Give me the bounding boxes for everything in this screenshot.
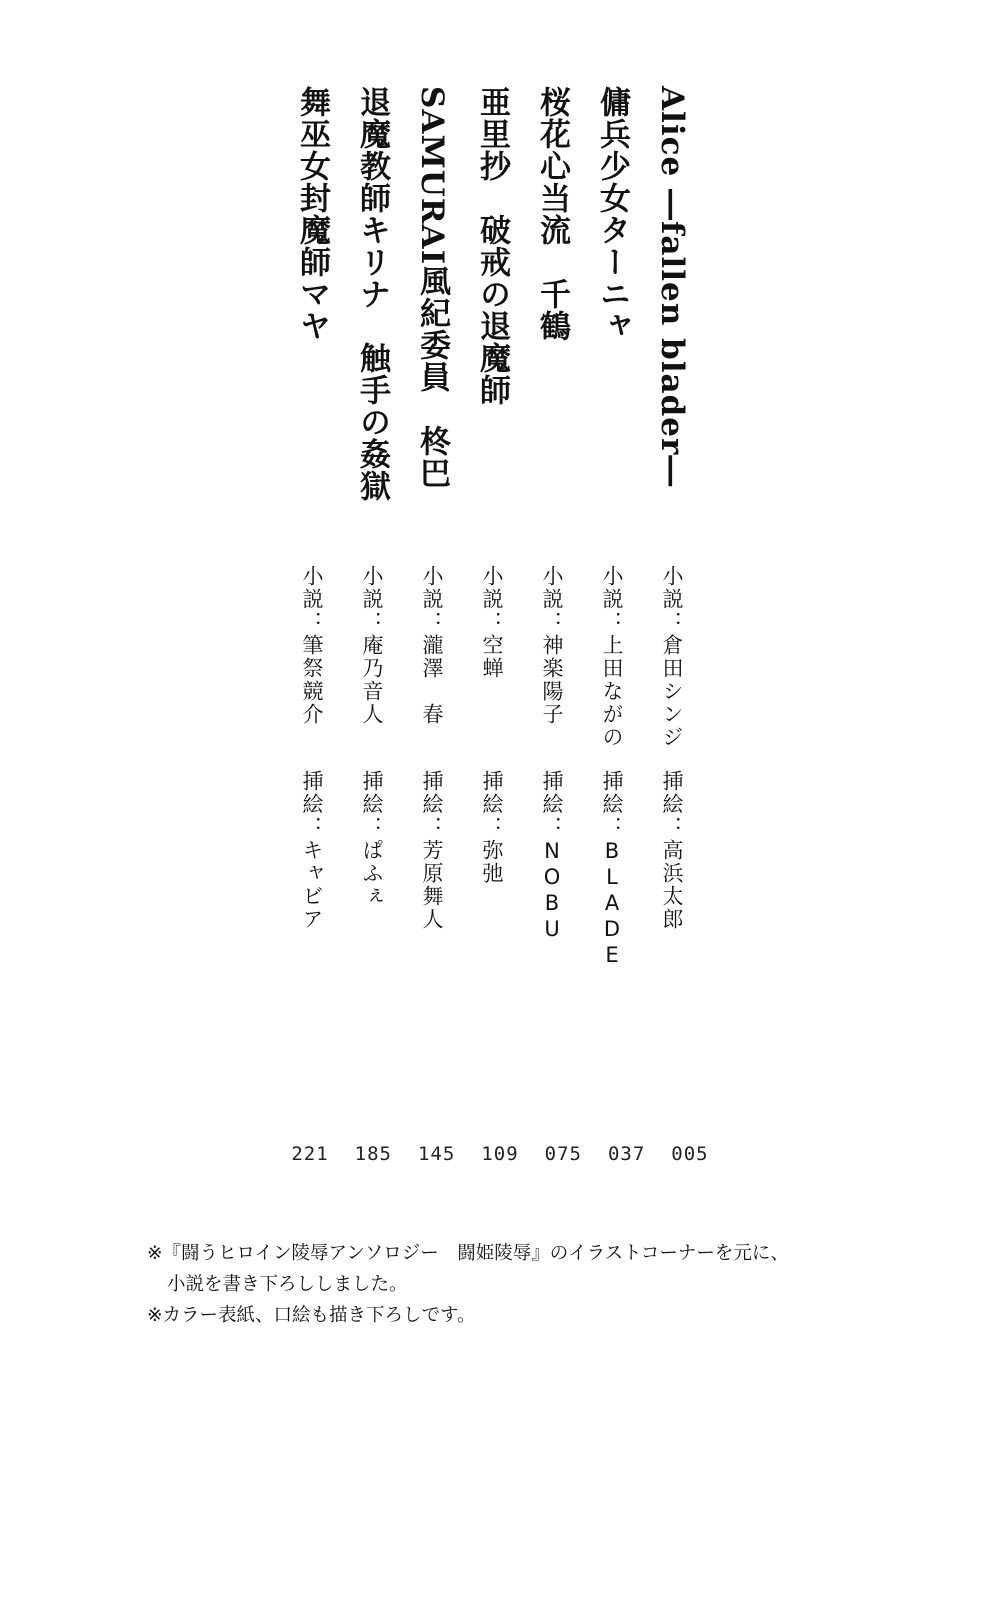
author-role-label: 小説 (420, 565, 444, 611)
page-number-story-7: 221 (290, 1143, 330, 1165)
author-name: 倉田シンジ (660, 634, 684, 749)
separator: ： (360, 816, 384, 839)
separator: ： (540, 611, 564, 634)
separator: ： (420, 611, 444, 634)
illustrator-role-label: 挿絵 (540, 770, 564, 816)
illustrator-credit-4: 挿絵：弥弛 (478, 770, 506, 885)
page-number-story-5: 145 (417, 1143, 457, 1165)
page-number-story-4: 109 (480, 1143, 520, 1165)
illustrator-credit-7: 挿絵：キャビア (298, 770, 326, 931)
story-title-5: SAMURAI風紀委員 柊巴 (412, 86, 452, 489)
illustrator-credit-5: 挿絵：芳原舞人 (418, 770, 446, 931)
note-line-2: 小説を書き下ろししました。 (147, 1269, 887, 1300)
illustrator-role-label: 挿絵 (360, 770, 384, 816)
page-number-story-1: 005 (670, 1143, 710, 1165)
note-line-1: ※『闘うヒロイン陵辱アンソロジー 闘姫陵辱』のイラストコーナーを元に、 (147, 1238, 887, 1269)
separator: ： (420, 816, 444, 839)
separator: ： (480, 611, 504, 634)
story-title-2: 傭兵少女ターニャ (592, 86, 632, 342)
page-number-story-3: 075 (543, 1143, 583, 1165)
illustrator-role-label: 挿絵 (420, 770, 444, 816)
notes: ※『闘うヒロイン陵辱アンソロジー 闘姫陵辱』のイラストコーナーを元に、 小説を書… (147, 1238, 887, 1331)
separator: ： (300, 816, 324, 839)
story-title-1: Alice ―fallen blader― (652, 86, 692, 487)
illustrator-role-label: 挿絵 (480, 770, 504, 816)
illustrator-credit-3: 挿絵：NOBU (538, 770, 566, 943)
author-credit-5: 小説：瀧澤 春 (418, 565, 446, 726)
author-role-label: 小説 (660, 565, 684, 611)
author-credit-6: 小説：庵乃音人 (358, 565, 386, 726)
illustrator-name: NOBU (540, 839, 564, 943)
author-role-label: 小説 (300, 565, 324, 611)
author-name: 神楽陽子 (540, 634, 564, 726)
illustrator-role-label: 挿絵 (300, 770, 324, 816)
story-title-3: 桜花心当流 千鶴 (532, 86, 572, 342)
story-title-4: 亜里抄 破戒の退魔師 (472, 86, 512, 406)
author-role-label: 小説 (360, 565, 384, 611)
page-number-story-6: 185 (353, 1143, 393, 1165)
separator: ： (660, 816, 684, 839)
illustrator-credit-2: 挿絵：BLADE (598, 770, 626, 969)
illustrator-role-label: 挿絵 (660, 770, 684, 816)
separator: ： (600, 816, 624, 839)
illustrator-credit-1: 挿絵：高浜太郎 (658, 770, 686, 931)
author-credit-2: 小説：上田ながの (598, 565, 626, 749)
page-number-story-2: 037 (607, 1143, 647, 1165)
separator: ： (660, 611, 684, 634)
author-role-label: 小説 (540, 565, 564, 611)
author-name: 庵乃音人 (360, 634, 384, 726)
author-credit-7: 小説：筆祭競介 (298, 565, 326, 726)
author-credit-1: 小説：倉田シンジ (658, 565, 686, 749)
illustrator-name: 弥弛 (480, 839, 504, 885)
author-role-label: 小説 (480, 565, 504, 611)
illustrator-name: 芳原舞人 (420, 839, 444, 931)
illustrator-name: キャビア (300, 839, 324, 931)
author-name: 筆祭競介 (300, 634, 324, 726)
author-name: 空蝉 (480, 634, 504, 680)
illustrator-name: 高浜太郎 (660, 839, 684, 931)
separator: ： (540, 816, 564, 839)
illustrator-name: ぱふぇ (360, 839, 384, 908)
author-credit-4: 小説：空蝉 (478, 565, 506, 680)
author-role-label: 小説 (600, 565, 624, 611)
author-credit-3: 小説：神楽陽子 (538, 565, 566, 726)
note-line-3: ※カラー表紙、口絵も描き下ろしです。 (147, 1300, 887, 1331)
separator: ： (600, 611, 624, 634)
separator: ： (300, 611, 324, 634)
illustrator-role-label: 挿絵 (600, 770, 624, 816)
author-name: 瀧澤 春 (420, 634, 444, 726)
separator: ： (360, 611, 384, 634)
story-title-7: 舞巫女封魔師マヤ (292, 86, 332, 342)
page-numbers-row: 221 185 145 109 075 037 005 (290, 1143, 710, 1165)
illustrator-credit-6: 挿絵：ぱふぇ (358, 770, 386, 908)
separator: ： (480, 816, 504, 839)
story-title-6: 退魔教師キリナ 触手の姦獄 (352, 86, 392, 502)
author-name: 上田ながの (600, 634, 624, 749)
illustrator-name: BLADE (600, 839, 624, 969)
